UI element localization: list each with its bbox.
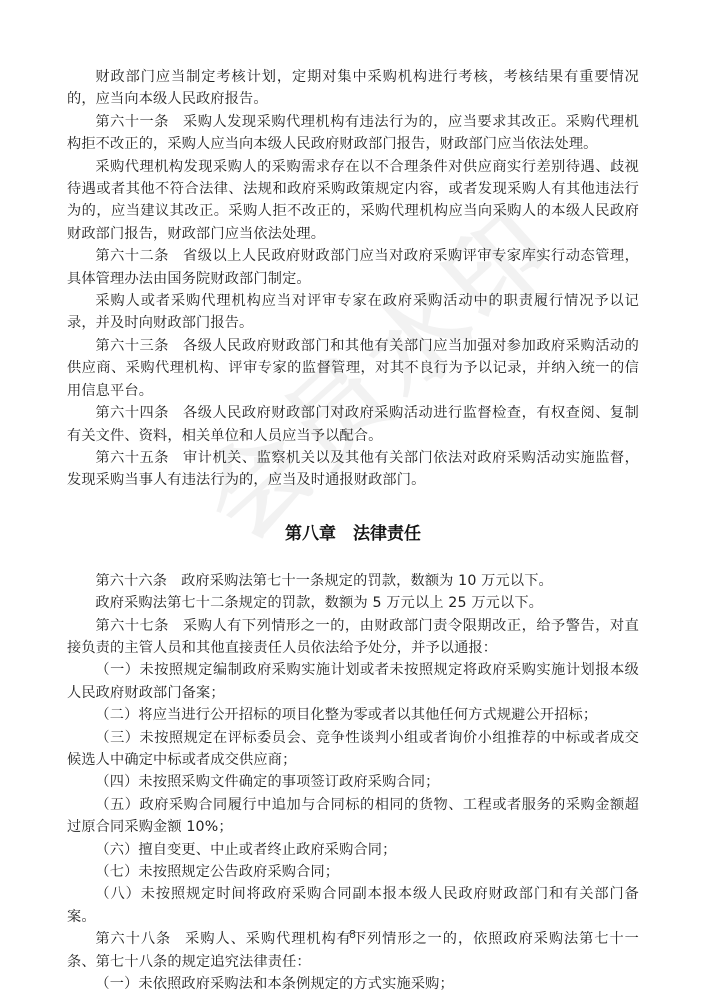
article-label: 第六十一条 [95,114,169,130]
list-item: （五）政府采购合同履行中追加与合同标的相同的货物、工程或者服务的采购金额超过原合… [67,794,639,839]
list-item-text: （四）未按照采购文件确定的事项签订政府采购合同； [95,774,439,790]
paragraph-text: 政府采购法第七十一条规定的罚款，数额为 10 万元以下。 [181,573,553,589]
paragraph: 采购代理机构发现采购人的采购需求存在以不合理条件对供应商实行差别待遇、歧视待遇或… [67,156,639,246]
list-item: （四）未按照采购文件确定的事项签订政府采购合同； [67,771,639,793]
list-item-text: （三）未按照规定在评标委员会、竞争性谈判小组或者询价小组推荐的中标或者成交候选人… [67,730,639,768]
paragraph: 第六十五条审计机关、监察机关以及其他有关部门依法对政府采购活动实施监督，发现采购… [67,447,639,492]
article-label: 第六十二条 [95,248,169,264]
paragraph: 财政部门应当制定考核计划，定期对集中采购机构进行考核，考核结果有重要情况的，应当… [67,66,639,111]
chapter-heading: 第八章 法律责任 [67,522,639,546]
article-label: 第六十六条 [95,573,167,589]
list-item-text: （二）将应当进行公开招标的项目化整为零或者以其他任何方式规避公开招标； [95,707,597,723]
article-label: 第六十五条 [95,450,169,466]
list-item-text: （一）未依照政府采购法和本条例规定的方式实施采购； [95,976,453,992]
list-item: （七）未按照规定公告政府采购合同； [67,861,639,883]
list-item: （六）擅自变更、中止或者终止政府采购合同； [67,839,639,861]
paragraph-text: 采购人或者采购代理机构应当对评审专家在政府采购活动中的职责履行情况予以记录，并及… [67,293,639,331]
list-item-text: （七）未按照规定公告政府采购合同； [95,864,339,880]
list-item: （一）未依照政府采购法和本条例规定的方式实施采购； [67,973,639,995]
paragraph: 第六十三条各级人民政府财政部门和其他有关部门应当加强对参加政府采购活动的供应商、… [67,335,639,402]
paragraph: 第六十六条政府采购法第七十一条规定的罚款，数额为 10 万元以下。 [67,570,639,592]
paragraph-text: 采购代理机构发现采购人的采购需求存在以不合理条件对供应商实行差别待遇、歧视待遇或… [67,159,639,242]
page-number: - 8 - [0,928,706,941]
paragraph: 政府采购法第七十二条规定的罚款，数额为 5 万元以上 25 万元以下。 [67,592,639,614]
paragraph-text: 财政部门应当制定考核计划，定期对集中采购机构进行考核，考核结果有重要情况的，应当… [67,69,639,107]
paragraph: 第六十四条各级人民政府财政部门对政府采购活动进行监督检查，有权查阅、复制有关文件… [67,402,639,447]
paragraph: 采购人或者采购代理机构应当对评审专家在政府采购活动中的职责履行情况予以记录，并及… [67,290,639,335]
paragraph-text: 政府采购法第七十二条规定的罚款，数额为 5 万元以上 25 万元以下。 [95,595,543,611]
list-item: （二）将应当进行公开招标的项目化整为零或者以其他任何方式规避公开招标； [67,704,639,726]
article-label: 第六十三条 [95,338,169,354]
document-page: 财政部门应当制定考核计划，定期对集中采购机构进行考核，考核结果有重要情况的，应当… [67,66,639,995]
paragraph: 第六十一条采购人发现采购代理机构有违法行为的，应当要求其改正。采购代理机构拒不改… [67,111,639,156]
list-item: （三）未按照规定在评标委员会、竞争性谈判小组或者询价小组推荐的中标或者成交候选人… [67,727,639,772]
list-item-text: （五）政府采购合同履行中追加与合同标的相同的货物、工程或者服务的采购金额超过原合… [67,797,639,835]
article-label: 第六十四条 [95,405,169,421]
list-item: （一）未按照规定编制政府采购实施计划或者未按照规定将政府采购实施计划报本级人民政… [67,659,639,704]
list-item-text: （一）未按照规定编制政府采购实施计划或者未按照规定将政府采购实施计划报本级人民政… [67,662,639,700]
paragraph: 第六十二条省级以上人民政府财政部门应当对政府采购评审专家库实行动态管理，具体管理… [67,245,639,290]
paragraph: 第六十七条采购人有下列情形之一的，由财政部门责令限期改正，给予警告，对直接负责的… [67,615,639,660]
list-item-text: （八）未按照规定时间将政府采购合同副本报本级人民政府财政部门和有关部门备案。 [67,886,639,924]
list-item: （八）未按照规定时间将政府采购合同副本报本级人民政府财政部门和有关部门备案。 [67,883,639,928]
list-item-text: （六）擅自变更、中止或者终止政府采购合同； [95,842,396,858]
article-label: 第六十七条 [95,618,169,634]
